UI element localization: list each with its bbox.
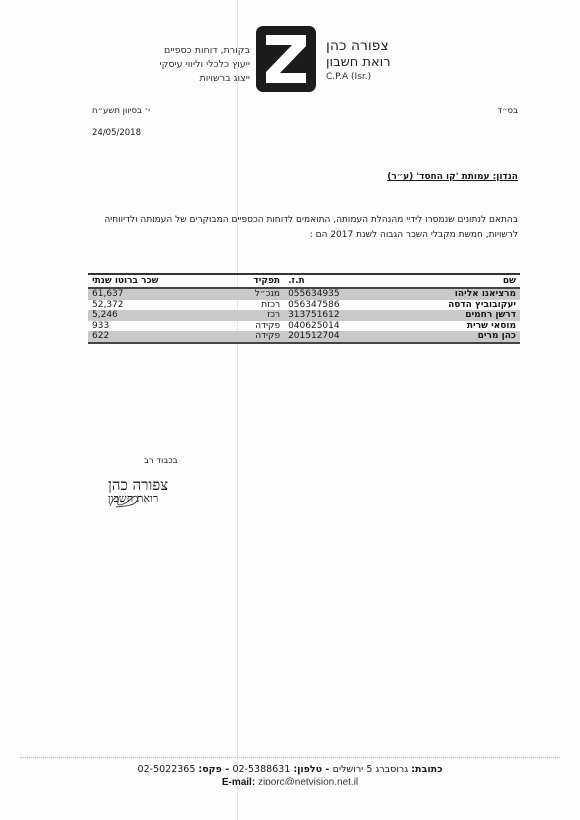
gregorian-date: 24/05/2018 — [92, 128, 141, 138]
cell-name: כהן מרים — [364, 331, 520, 343]
email-label: E-mail: — [222, 777, 255, 788]
table-row: מרציאנו אליהו 055634935 מנכ״ל 61,637 — [88, 288, 520, 300]
fax-value: 02-5022365 — [138, 764, 196, 775]
cell-name: דרשן רחמים — [364, 310, 520, 321]
cell-role: פקידה — [205, 331, 284, 343]
footer-divider — [20, 757, 560, 758]
separator: - — [222, 764, 233, 775]
header-role: תפקיד — [205, 274, 284, 288]
service-item: ייצוג ברשויות — [130, 72, 250, 86]
cell-name: יעקובוביץ הדסה — [364, 300, 520, 311]
footer-contact: כתובת: גרוסברג 5 ירושלים - טלפון: 02-538… — [0, 764, 580, 775]
cell-id: 201512704 — [284, 331, 364, 343]
subject-line: הנדון: עמותת 'קו החסד' (ע״ר) — [387, 172, 518, 182]
cell-id: 040625014 — [284, 321, 364, 332]
address-value: גרוסברג 5 ירושלים — [333, 764, 409, 775]
cell-salary: 52,372 — [88, 300, 205, 311]
cell-salary: 933 — [88, 321, 205, 332]
body-paragraph: בהתאם לנתונים שנמסרו לידיי מהנהלת העמותה… — [78, 213, 518, 243]
phone-value: 02-5388631 — [232, 764, 290, 775]
header-id: ת.ז. — [284, 274, 364, 288]
cell-id: 055634935 — [284, 288, 364, 300]
signature-scribble-icon — [106, 488, 146, 510]
cell-role: רכזת — [205, 300, 284, 311]
service-item: ייעוץ כלכלי וליווי עיסקי — [130, 58, 250, 72]
cell-salary: 622 — [88, 331, 205, 343]
phone-label: טלפון: — [293, 764, 322, 775]
cell-salary: 61,637 — [88, 288, 205, 300]
closing-regards: בכבוד רב — [144, 456, 178, 466]
service-item: בקורת, דוחות כספיים — [130, 44, 250, 58]
email-link[interactable]: ziporc@netvision.net.il — [258, 777, 358, 788]
cell-id: 056347586 — [284, 300, 364, 311]
firm-block: צפורה כהן רואת חשבון C.P.A (Isr.) — [326, 38, 446, 83]
table-header-row: שם ת.ז. תפקיד שכר ברוטו שנתי — [88, 274, 520, 288]
cell-salary: 5,246 — [88, 310, 205, 321]
table-row: יעקובוביץ הדסה 056347586 רכזת 52,372 — [88, 300, 520, 311]
page-fold-line — [237, 0, 238, 820]
table-row: דרשן רחמים 313751612 רכז 5,246 — [88, 310, 520, 321]
firm-title: רואת חשבון — [326, 55, 446, 71]
bsd-mark: בס״ד — [497, 106, 518, 116]
header-name: שם — [364, 274, 520, 288]
hebrew-date: י׳ בסיוון תשע״ח — [92, 106, 150, 116]
fax-label: פקס: — [198, 764, 222, 775]
cell-role: רכז — [205, 310, 284, 321]
table-row: מוסאי שרית 040625014 פקידה 933 — [88, 321, 520, 332]
cell-name: מוסאי שרית — [364, 321, 520, 332]
z-logo-icon — [256, 26, 316, 92]
cell-role: פקידה — [205, 321, 284, 332]
separator: - — [322, 764, 333, 775]
cell-id: 313751612 — [284, 310, 364, 321]
cell-name: מרציאנו אליהו — [364, 288, 520, 300]
salary-table: שם ת.ז. תפקיד שכר ברוטו שנתי מרציאנו אלי… — [88, 273, 520, 344]
cell-role: מנכ״ל — [205, 288, 284, 300]
address-label: כתובת: — [411, 764, 442, 775]
table-row: כהן מרים 201512704 פקידה 622 — [88, 331, 520, 343]
firm-name: צפורה כהן — [326, 38, 446, 55]
header-salary: שכר ברוטו שנתי — [88, 274, 205, 288]
footer-email: E-mail: ziporc@netvision.net.il — [0, 777, 580, 788]
services-list: בקורת, דוחות כספיים ייעוץ כלכלי וליווי ע… — [130, 44, 250, 86]
firm-cpa: C.P.A (Isr.) — [326, 71, 446, 83]
